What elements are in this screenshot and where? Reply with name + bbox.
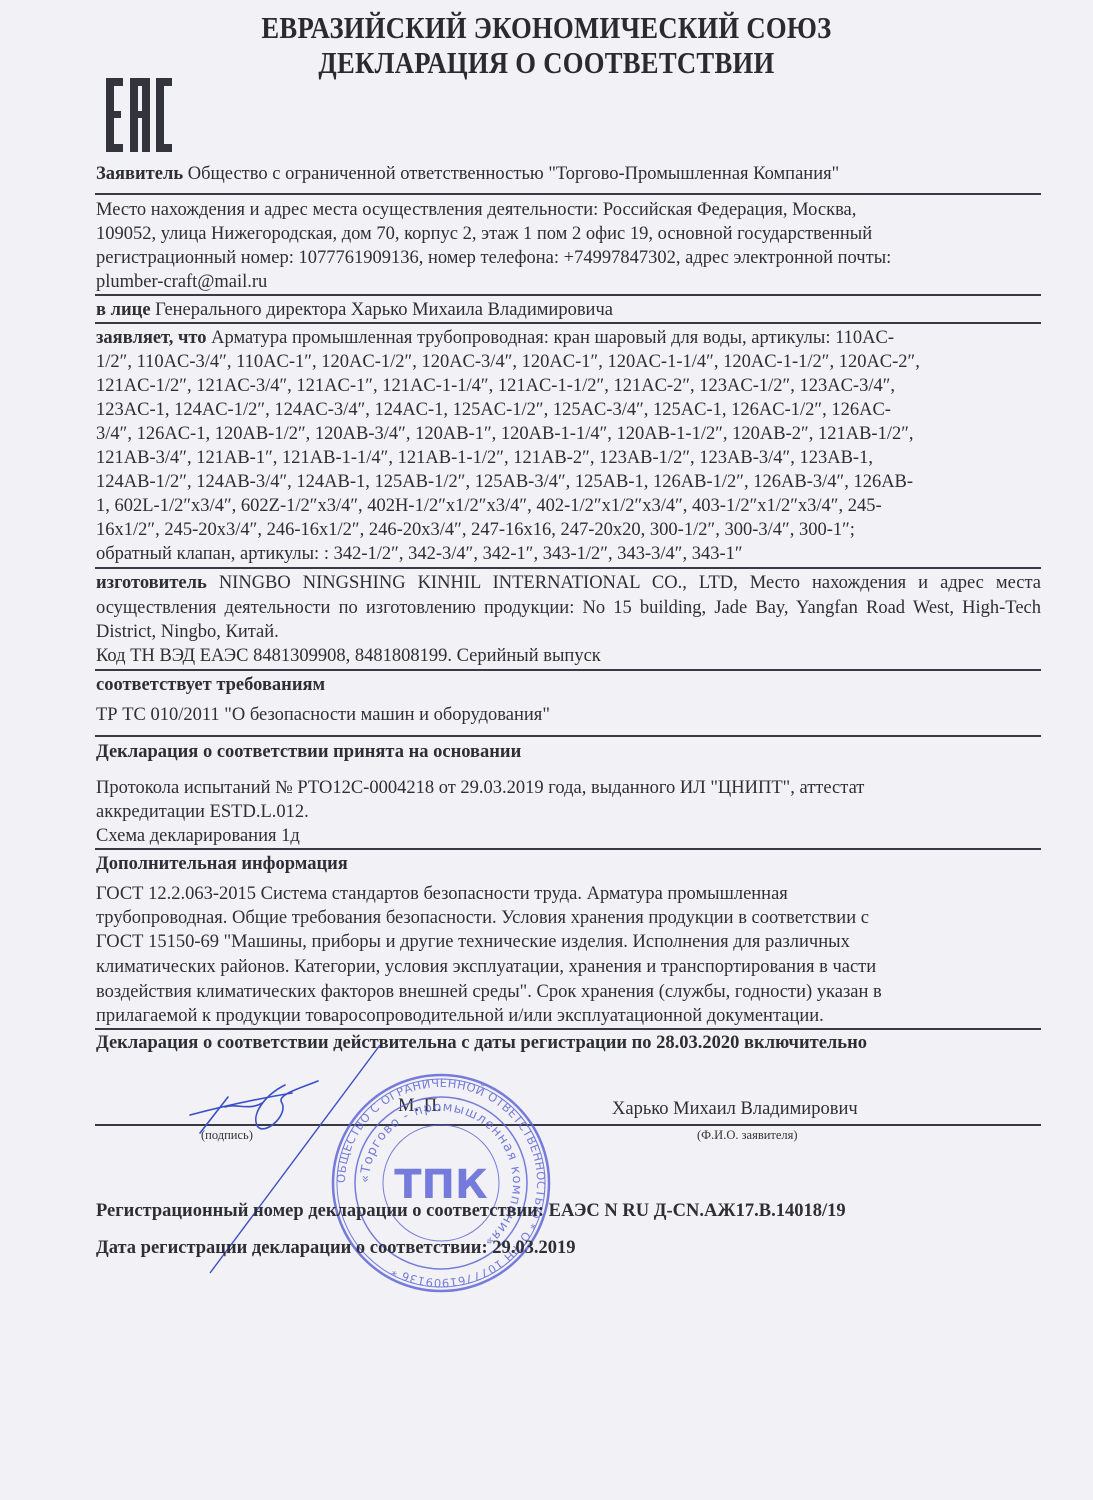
- additional-info-label: Дополнительная информация: [96, 852, 348, 876]
- email-text: plumber-craft@mail.ru: [96, 270, 267, 294]
- divider: [95, 294, 1041, 296]
- manufacturer-block: изготовитель NINGBO NINGSHING KINHIL INT…: [96, 571, 1041, 645]
- tn-ved-codes: Код ТН ВЭД ЕАЭС 8481309908, 8481808199. …: [96, 644, 601, 668]
- divider: [95, 1028, 1041, 1030]
- declaration-scheme: Схема декларирования 1д: [96, 824, 300, 848]
- product-line: 124AB-1/2″, 124AB-3/4″, 124AB-1, 125AB-1…: [96, 470, 913, 494]
- product-line: 1/2″, 110AC-3/4″, 110AC-1″, 120AC-1/2″, …: [96, 350, 920, 374]
- basis-line: Протокола испытаний № РТО12С-0004218 от …: [96, 776, 864, 800]
- declaration-document: ЕВРАЗИЙСКИЙ ЭКОНОМИЧЕСКИЙ СОЮЗ ДЕКЛАРАЦИ…: [0, 0, 1093, 1500]
- additional-line: ГОСТ 12.2.063-2015 Система стандартов бе…: [96, 882, 788, 906]
- address-line: регистрационный номер: 1077761909136, но…: [96, 246, 891, 270]
- product-line: 3/4″, 126AC-1, 120AB-1/2″, 120AB-3/4″, 1…: [96, 422, 914, 446]
- divider: [95, 193, 1041, 195]
- additional-line: ГОСТ 15150-69 "Машины, приборы и другие …: [96, 930, 850, 954]
- name-caption: (Ф.И.О. заявителя): [697, 1128, 798, 1143]
- technical-regulation: ТР ТС 010/2011 "О безопасности машин и о…: [96, 703, 550, 727]
- additional-line: климатических районов. Категории, услови…: [96, 955, 876, 979]
- document-title: ДЕКЛАРАЦИЯ О СООТВЕТСТВИИ: [76, 45, 1016, 81]
- registration-date: Дата регистрации декларации о соответств…: [96, 1236, 576, 1260]
- signer-name: Харько Михаил Владимирович: [612, 1097, 858, 1121]
- manufacturer-value: NINGBO NINGSHING KINHIL INTERNATIONAL CO…: [96, 573, 1041, 642]
- additional-line: трубопроводная. Общие требования безопас…: [96, 906, 869, 930]
- product-line: 121AC-1/2″, 121AC-3/4″, 121AC-1″, 121AC-…: [96, 374, 895, 398]
- declares-row: заявляет, что Арматура промышленная труб…: [96, 326, 894, 350]
- handwritten-signature-icon: [180, 1075, 350, 1135]
- divider: [95, 735, 1041, 737]
- additional-line: прилагаемой к продукции товаросопроводит…: [96, 1004, 824, 1028]
- eac-logo-icon: [106, 78, 172, 152]
- basis-line: аккредитации ESTD.L.012.: [96, 800, 309, 824]
- declares-label: заявляет, что: [96, 328, 207, 348]
- complies-label: соответствует требованиям: [96, 673, 325, 697]
- company-seal-stamp: ОБЩЕСТВО С ОГРАНИЧЕННОЙ ОТВЕТСТВЕННОСТЬЮ…: [330, 1072, 552, 1294]
- basis-label: Декларация о соответствии принята на осн…: [96, 740, 521, 764]
- divider: [95, 322, 1041, 324]
- product-line: Арматура промышленная трубопроводная: кр…: [207, 328, 895, 348]
- represented-by-row: в лице Генерального директора Харько Мих…: [96, 298, 613, 322]
- divider: [95, 848, 1041, 850]
- applicant-label: Заявитель: [96, 164, 183, 184]
- represented-by-label: в лице: [96, 300, 151, 320]
- additional-line: воздействия климатических факторов внешн…: [96, 980, 882, 1004]
- divider: [95, 567, 1041, 569]
- address-line: Место нахождения и адрес места осуществл…: [96, 198, 856, 222]
- product-line: 121AB-3/4″, 121AB-1″, 121AB-1-1/4″, 121A…: [96, 446, 873, 470]
- address-line: 109052, улица Нижегородская, дом 70, кор…: [96, 222, 872, 246]
- product-line: обратный клапан, артикулы: : 342-1/2″, 3…: [96, 542, 743, 566]
- applicant-value: Общество с ограниченной ответственностью…: [188, 164, 839, 184]
- registration-number: Регистрационный номер декларации о соотв…: [96, 1199, 846, 1223]
- product-line: 1, 602L-1/2″x3/4″, 602Z-1/2″x3/4″, 402H-…: [96, 494, 882, 518]
- union-title: ЕВРАЗИЙСКИЙ ЭКОНОМИЧЕСКИЙ СОЮЗ: [76, 10, 1016, 46]
- represented-by-value: Генерального директора Харько Михаила Вл…: [155, 300, 613, 320]
- manufacturer-label: изготовитель: [96, 573, 207, 593]
- product-line: 16x1/2″, 245-20x3/4″, 246-16x1/2″, 246-2…: [96, 518, 855, 542]
- product-line: 123AC-1, 124AC-1/2″, 124AC-3/4″, 124AC-1…: [96, 398, 891, 422]
- divider: [95, 669, 1041, 671]
- applicant-row: Заявитель Общество с ограниченной ответс…: [96, 162, 839, 186]
